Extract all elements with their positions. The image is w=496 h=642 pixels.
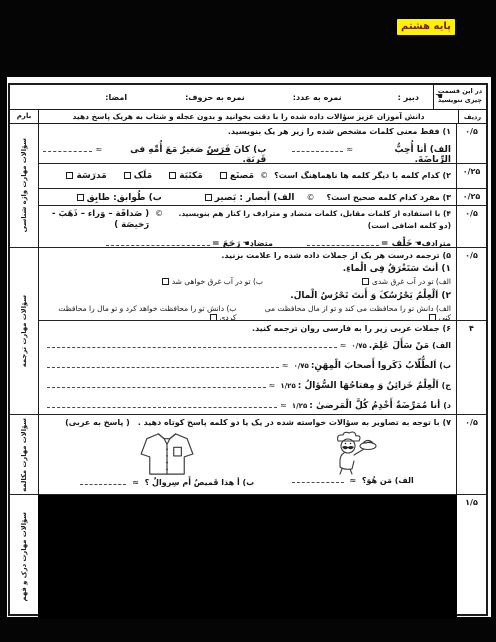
answer-arrow: ≈ (346, 145, 353, 154)
exam-page: در این قسمت چیزی ننویسید ☚ دبیر : نمره ب… (7, 77, 491, 617)
checkbox-icon (205, 194, 212, 201)
q2-option-1: مَصنَع (217, 171, 254, 181)
answer-arrow: ≈ (282, 361, 289, 370)
circle-c-icon: © (260, 171, 268, 180)
answer-arrow: ≈ (132, 478, 139, 487)
scanned-exam-screenshot: { "grade_badge": "پایه هشتم", "header": … (0, 0, 496, 642)
section-vocabulary: سؤالات مهارت واژه شناسی (10, 124, 38, 247)
header-fields: دبیر : نمره به عدد: نمره به حروف: امضا: (10, 85, 433, 109)
q4-word-bank: ( صَداقَة – وَراء – ذَهَبَ - رَخیصَة ) (43, 209, 149, 231)
q2-option-3: مَلَک (121, 171, 152, 181)
q4-antonym-label: متضادِ (250, 238, 273, 247)
q1-b-answer-line (43, 144, 92, 152)
question-8-redacted (38, 494, 457, 619)
shirt-icon (138, 431, 196, 477)
q3-marks: ۰/۲۵ (457, 188, 486, 205)
marks-column: ۰/۵ ۰/۲۵ ۰/۲۵ ۰/۵ ۰/۵ ۴ ۰/۵ ۱/۵ (457, 124, 486, 619)
q4-antonym-word: رَجَعَ = (212, 239, 241, 247)
checkbox-icon (362, 278, 369, 285)
q5-marks: ۰/۵ (457, 247, 486, 320)
q1-title: ۱) فقط معنی کلمات مشخص شده را زیر هر یک … (43, 126, 451, 138)
field-teacher: دبیر : (398, 93, 419, 102)
q8-marks: ۱/۵ (457, 494, 486, 619)
question-6: ۶) جملات عربی زیر را به فارسی روان ترجمه… (38, 320, 457, 414)
q7-part-a: الف) مَن هُوَ؟ ≈ (292, 431, 414, 485)
question-4: ۴) با استفاده از کلمات مقابل، کلمات متضا… (38, 205, 457, 247)
banner-row: ردیف دانش آموزان عزیز سؤالات داده شده را… (10, 110, 486, 124)
q4-synonym-word: خَلْف = (381, 239, 413, 247)
questions-grid: ۰/۵ ۰/۲۵ ۰/۲۵ ۰/۵ ۰/۵ ۴ ۰/۵ ۱/۵ ۱) فقط م… (10, 124, 486, 616)
q6-item-b-text: اَلطُّلّابُ ذَکَروا أَصحابَ الْمِهَنِ: (311, 361, 436, 371)
q5-s1-option-b: ب) تو در آب غرق خواهی شد (159, 277, 263, 286)
q6-title: ۶) جملات عربی زیر را به فارسی روان ترجمه… (43, 323, 451, 335)
q6-item-b-answer-line (47, 360, 279, 368)
q6-marks: ۴ (457, 320, 486, 414)
hand-icon: ☚ (243, 239, 250, 247)
q7-note: ( پاسخ به عربی) (65, 417, 130, 429)
q5-sentence-1: ۱) أنتَ سَتَغْرَقُ فِی الْماءِ. (43, 264, 451, 274)
q1-item-a: الف) أنا أُحِبُّ الرِّیاضَةَ. (356, 145, 451, 163)
q6-item-a-label: الف) (432, 340, 451, 352)
q7-question-a: الف) مَن هُوَ؟ (362, 476, 414, 485)
q4-marks: ۰/۵ (457, 205, 486, 247)
circle-c-icon: © (306, 193, 314, 202)
radif-header: ردیف (458, 110, 486, 123)
checkbox-icon (220, 172, 227, 179)
answer-arrow: ≈ (95, 145, 102, 154)
q6-item-a-marks: ۰/۷۵ (351, 342, 366, 350)
q3-title: ۳) مفرد کدام کلمه صحیح است؟ (326, 192, 451, 204)
q7-question-b: ب) أ هذا قَمیصٌ أَم سِروالٌ ؟ (145, 478, 255, 487)
q3-option-a: الف) أبصار : بَصیر (202, 193, 295, 203)
q2-option-2: مَکتَبَة (166, 171, 203, 181)
q1-item-b: ب) کانَ فَرَسٌ صَغیرٌ مَعَ أُمِّهِ فی قَ… (105, 145, 266, 163)
q6-item-c-answer-line (47, 380, 266, 388)
q6-item-c-text: اَلْعِلْمُ خَزائِنُ وَ مِفتاحُهَا السُّؤ… (298, 381, 439, 391)
hand-icon: ☚ (414, 239, 421, 247)
q6-item-c-marks: ۱/۲۵ (280, 382, 295, 390)
q4-synonym-answer-line (307, 238, 379, 246)
q1-marks: ۰/۵ (457, 124, 486, 163)
answer-arrow: ≈ (349, 476, 356, 485)
q5-s1-option-a: الف) تو در آب غرق شدی (359, 277, 451, 286)
q2-title: ۲) کدام کلمه با دیگر کلمه ها ناهماهنگ اس… (274, 170, 451, 182)
q5-title: ۵) ترجمه درست هر یک از جملات داده شده را… (43, 250, 451, 262)
q6-item-b-marks: ۰/۷۵ (293, 362, 308, 370)
q7-b-answer-line (80, 477, 126, 485)
q5-sentence-2: ۲) اَلْعِلْمُ یَحْرُسُکَ وَ أَنتَ تَحْرُ… (43, 291, 451, 301)
instructions-banner: دانش آموزان عزیز سؤالات داده شده را با د… (39, 110, 458, 123)
q7-title: ۷) با توجه به تصاویر به سؤالات خواسته شد… (138, 417, 451, 429)
field-score-words: نمره به حروف: (185, 93, 245, 102)
question-1: ۱) فقط معنی کلمات مشخص شده را زیر هر یک … (38, 124, 457, 163)
q6-item-a-text: مَنْ سَأَلَ عَلِمَ. (369, 341, 429, 351)
q2-marks: ۰/۲۵ (457, 163, 486, 188)
section-vocabulary-label: سؤالات مهارت واژه شناسی (20, 138, 28, 232)
field-score-number: نمره به عدد: (293, 93, 342, 102)
q5-s2-option-a: الف) دانش تو را محافظت می کند و تو از ما… (254, 304, 451, 320)
q5-s2-option-b: ب) دانش تو را محافظت خواهد کرد و تو مال … (43, 304, 236, 320)
barem-header: بارم (10, 110, 39, 123)
checkbox-icon (124, 172, 131, 179)
section-translation: سؤالات مهارت ترجمه (10, 247, 38, 414)
q4-antonym-answer-line (106, 238, 210, 246)
q7-marks: ۰/۵ (457, 414, 486, 494)
question-7: ۷) با توجه به تصاویر به سؤالات خواسته شد… (38, 414, 457, 494)
circle-c-icon: © (155, 208, 163, 219)
checkbox-icon (169, 172, 176, 179)
checkbox-icon (162, 278, 169, 285)
answer-arrow: ≈ (340, 341, 347, 350)
question-3: ۳) مفرد کدام کلمه صحیح است؟ © الف) أبصار… (38, 188, 457, 205)
q6-item-d-label: د) (443, 400, 451, 412)
q6-item-b-label: ب) (439, 360, 451, 372)
q7-a-answer-line (292, 475, 344, 483)
q6-item-a-answer-line (47, 340, 337, 348)
field-signature: امضا: (105, 93, 127, 102)
checkbox-icon (77, 194, 84, 201)
section-conversation: سؤالات مهارت مکالمه (10, 414, 38, 494)
section-comprehension: سؤالات مهارت درک و فهم (10, 494, 38, 619)
answer-arrow: ≈ (280, 401, 287, 410)
q1-a-answer-line (292, 144, 343, 152)
q6-item-d-answer-line (47, 400, 277, 408)
hand-icon: ☚ (435, 93, 443, 102)
q6-item-d-text: أنا مُمَرِّضَةٌ أَخْدِمُ کُلَّ الْمَرضیٰ… (309, 401, 440, 411)
q7-part-b: ب) أ هذا قَمیصٌ أَم سِروالٌ ؟ ≈ (80, 431, 254, 487)
exam-table: در این قسمت چیزی ننویسید ☚ دبیر : نمره ب… (8, 83, 488, 616)
header-row: در این قسمت چیزی ننویسید ☚ دبیر : نمره ب… (10, 85, 486, 110)
q2-option-4: مَدرَسَة (63, 171, 106, 181)
section-conversation-label: سؤالات مهارت مکالمه (20, 418, 28, 492)
question-5: ۵) ترجمه درست هر یک از جملات داده شده را… (38, 247, 457, 320)
q4-synonym-label: مترادفِ (422, 238, 451, 247)
section-comprehension-label: سؤالات مهارت درک و فهم (20, 512, 28, 601)
sections-column: سؤالات مهارت واژه شناسی سؤالات مهارت ترج… (10, 124, 38, 619)
do-not-write-note: در این قسمت چیزی ننویسید ☚ (433, 85, 486, 109)
answer-arrow: ≈ (269, 381, 276, 390)
q3-option-b: ب) طُوابق: طابِق (74, 193, 162, 203)
q4-title: ۴) با استفاده از کلمات مقابل، کلمات متضا… (169, 208, 451, 232)
q6-item-d-marks: ۱/۲۵ (292, 402, 307, 410)
q6-item-c-label: ج) (442, 380, 451, 392)
checkbox-icon (66, 172, 73, 179)
content-column: ۱) فقط معنی کلمات مشخص شده را زیر هر یک … (38, 124, 457, 619)
question-2: ۲) کدام کلمه با دیگر کلمه ها ناهماهنگ اس… (38, 163, 457, 188)
grade-badge: پایه هشتم (397, 19, 455, 35)
chef-with-bread-icon (326, 431, 380, 475)
section-translation-label: سؤالات مهارت ترجمه (20, 295, 28, 367)
